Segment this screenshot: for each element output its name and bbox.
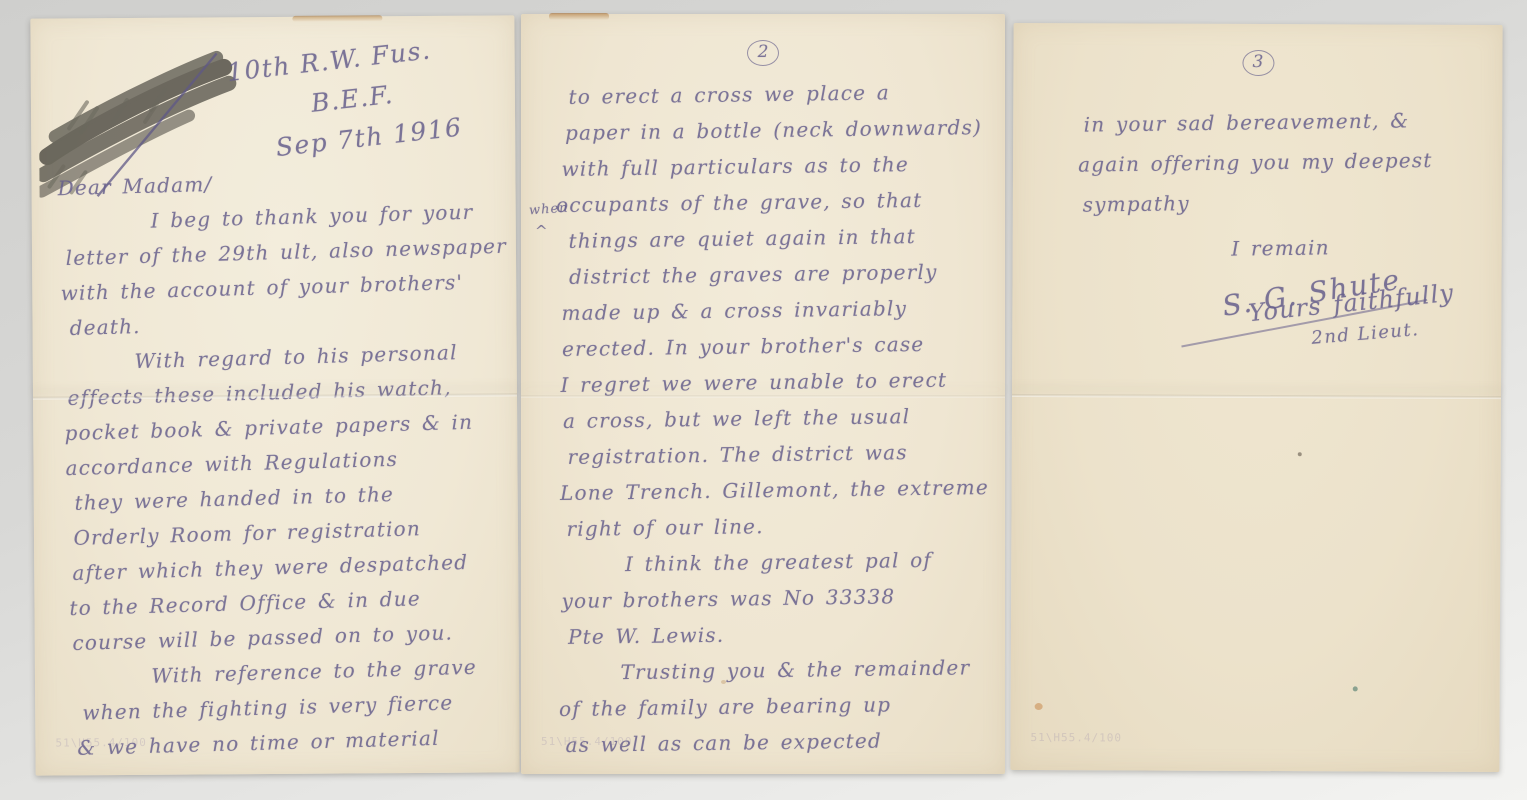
accession-mark: 51\H55.4/100 — [541, 735, 632, 748]
signature-rank: 2nd Lieut. — [1311, 319, 1421, 349]
fold-crease — [521, 395, 1005, 398]
letter-photograph: 10th R.W. Fus.B.E.F.Sep 7th 1916 Dear Ma… — [0, 0, 1527, 800]
fold-crease — [1012, 394, 1501, 399]
handwriting-line: of the family are bearing up — [559, 685, 1003, 727]
handwriting-line: a cross, but we left the usual — [563, 397, 999, 439]
handwriting-line: Lone Trench. Gillemont, the extreme — [560, 469, 1000, 511]
handwriting-line: I think the greatest pal of — [625, 541, 1001, 582]
paper-stain — [549, 13, 609, 20]
letter-page-1: 10th R.W. Fus.B.E.F.Sep 7th 1916 Dear Ma… — [30, 15, 519, 775]
letterhead: 10th R.W. Fus.B.E.F.Sep 7th 1916 — [225, 24, 497, 172]
paper-stain — [1353, 686, 1358, 691]
letter-page-2: 2 when ^ to erect a cross we place apape… — [521, 14, 1005, 774]
handwriting-line: your brothers was No 33338 — [561, 577, 1001, 619]
page-number-badge: 3 — [1242, 50, 1274, 76]
accession-mark: 51\H55.4/100 — [1030, 731, 1122, 744]
handwriting-line: registration. The district was — [567, 433, 999, 475]
accession-mark: 51\H55.4/100 — [55, 736, 147, 750]
page-number-badge: 2 — [747, 40, 779, 66]
handwriting-line: things are quiet again in that — [568, 217, 996, 259]
paper-stain — [1298, 452, 1302, 456]
handwriting-line: paper in a bottle (neck downwards) — [565, 109, 995, 151]
handwriting-line: Pte W. Lewis. — [568, 613, 1002, 655]
insertion-caret: ^ — [535, 222, 548, 240]
handwriting-line: again offering you my deepest — [1078, 139, 1495, 184]
handwriting-line: erected. In your brother's case — [562, 325, 998, 367]
paper-stain — [292, 15, 382, 22]
handwriting-line: I remain — [1231, 225, 1497, 268]
page1-body: Dear Madam/I beg to thank you for yourle… — [57, 159, 519, 766]
handwriting-line: occupants of the grave, so that — [556, 181, 996, 223]
handwriting-line: in your sad bereavement, & — [1083, 99, 1494, 144]
handwriting-line: district the graves are properly — [569, 253, 997, 295]
page2-body: to erect a cross we place apaper in a bo… — [546, 73, 1004, 763]
paper-stain — [1035, 703, 1043, 710]
handwriting-line: to erect a cross we place a — [568, 73, 994, 115]
paper-stain — [721, 680, 726, 684]
handwriting-line: right of our line. — [566, 505, 1000, 547]
handwriting-line: made up & a cross invariably — [561, 289, 997, 331]
handwriting-line: Trusting you & the remainder — [620, 649, 1002, 690]
handwriting-line: sympathy — [1082, 179, 1495, 224]
signature-block: S. G. Shute 2nd Lieut. — [1161, 276, 1461, 345]
letter-page-3: 3 in your sad bereavement, &again offeri… — [1010, 23, 1502, 772]
handwriting-line: with full particulars as to the — [561, 145, 995, 187]
